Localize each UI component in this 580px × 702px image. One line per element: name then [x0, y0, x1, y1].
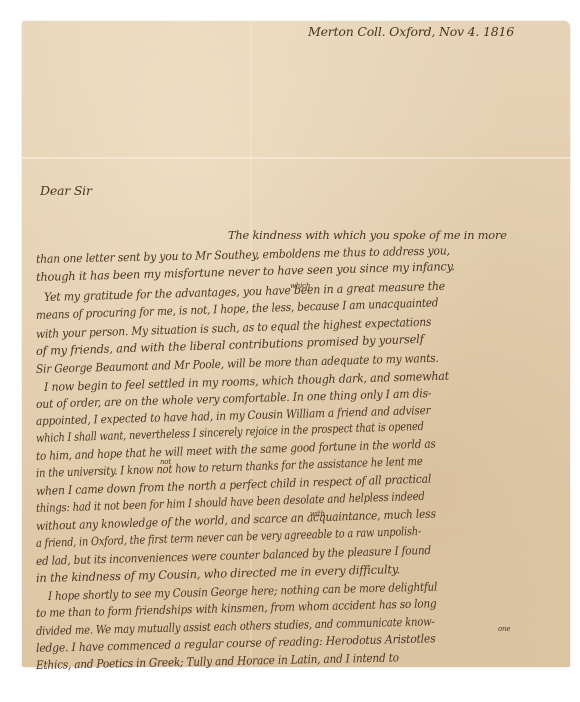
letter-line: The kindness with which you spoke of me … — [228, 228, 507, 242]
interlinear-insertion: with — [310, 510, 325, 518]
letter-dateline: Merton Coll. Oxford, Nov 4. 1816 — [308, 24, 514, 39]
interlinear-insertion: which — [290, 282, 310, 290]
letter-salutation: Dear Sir — [40, 183, 92, 198]
paper-fold-horizontal — [22, 157, 570, 159]
interlinear-insertion: not — [160, 458, 171, 466]
interlinear-insertion: one — [498, 625, 510, 633]
